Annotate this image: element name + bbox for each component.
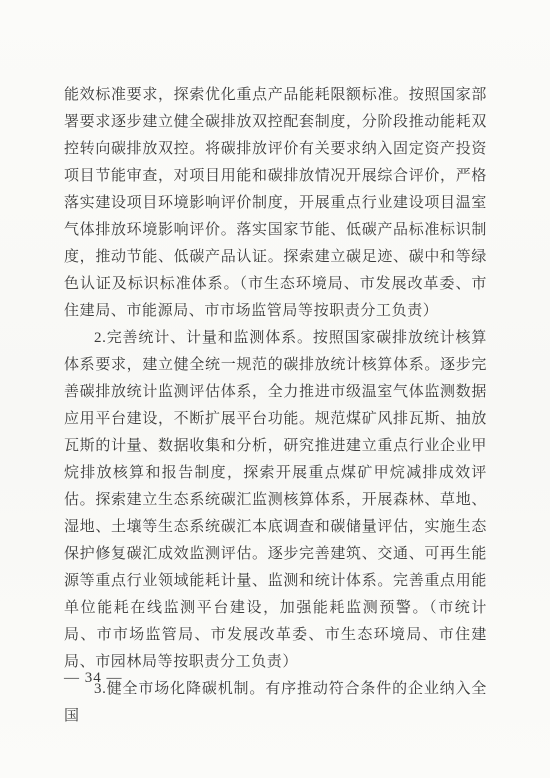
body-text-block: 能效标准要求，探索优化重点产品能耗限额标准。按照国家部署要求逐步建立健全碳排放双…	[64, 82, 487, 730]
body-paragraph: 能效标准要求，探索优化重点产品能耗限额标准。按照国家部署要求逐步建立健全碳排放双…	[64, 82, 487, 325]
body-paragraph: 3.健全市场化降碳机制。有序推动符合条件的企业纳入全国	[64, 676, 487, 730]
page-number: — 34 —	[64, 668, 123, 688]
document-page: 能效标准要求，探索优化重点产品能耗限额标准。按照国家部署要求逐步建立健全碳排放双…	[0, 0, 550, 778]
body-paragraph: 2.完善统计、计量和监测体系。按照国家碳排放统计核算体系要求，建立健全统一规范的…	[64, 325, 487, 676]
